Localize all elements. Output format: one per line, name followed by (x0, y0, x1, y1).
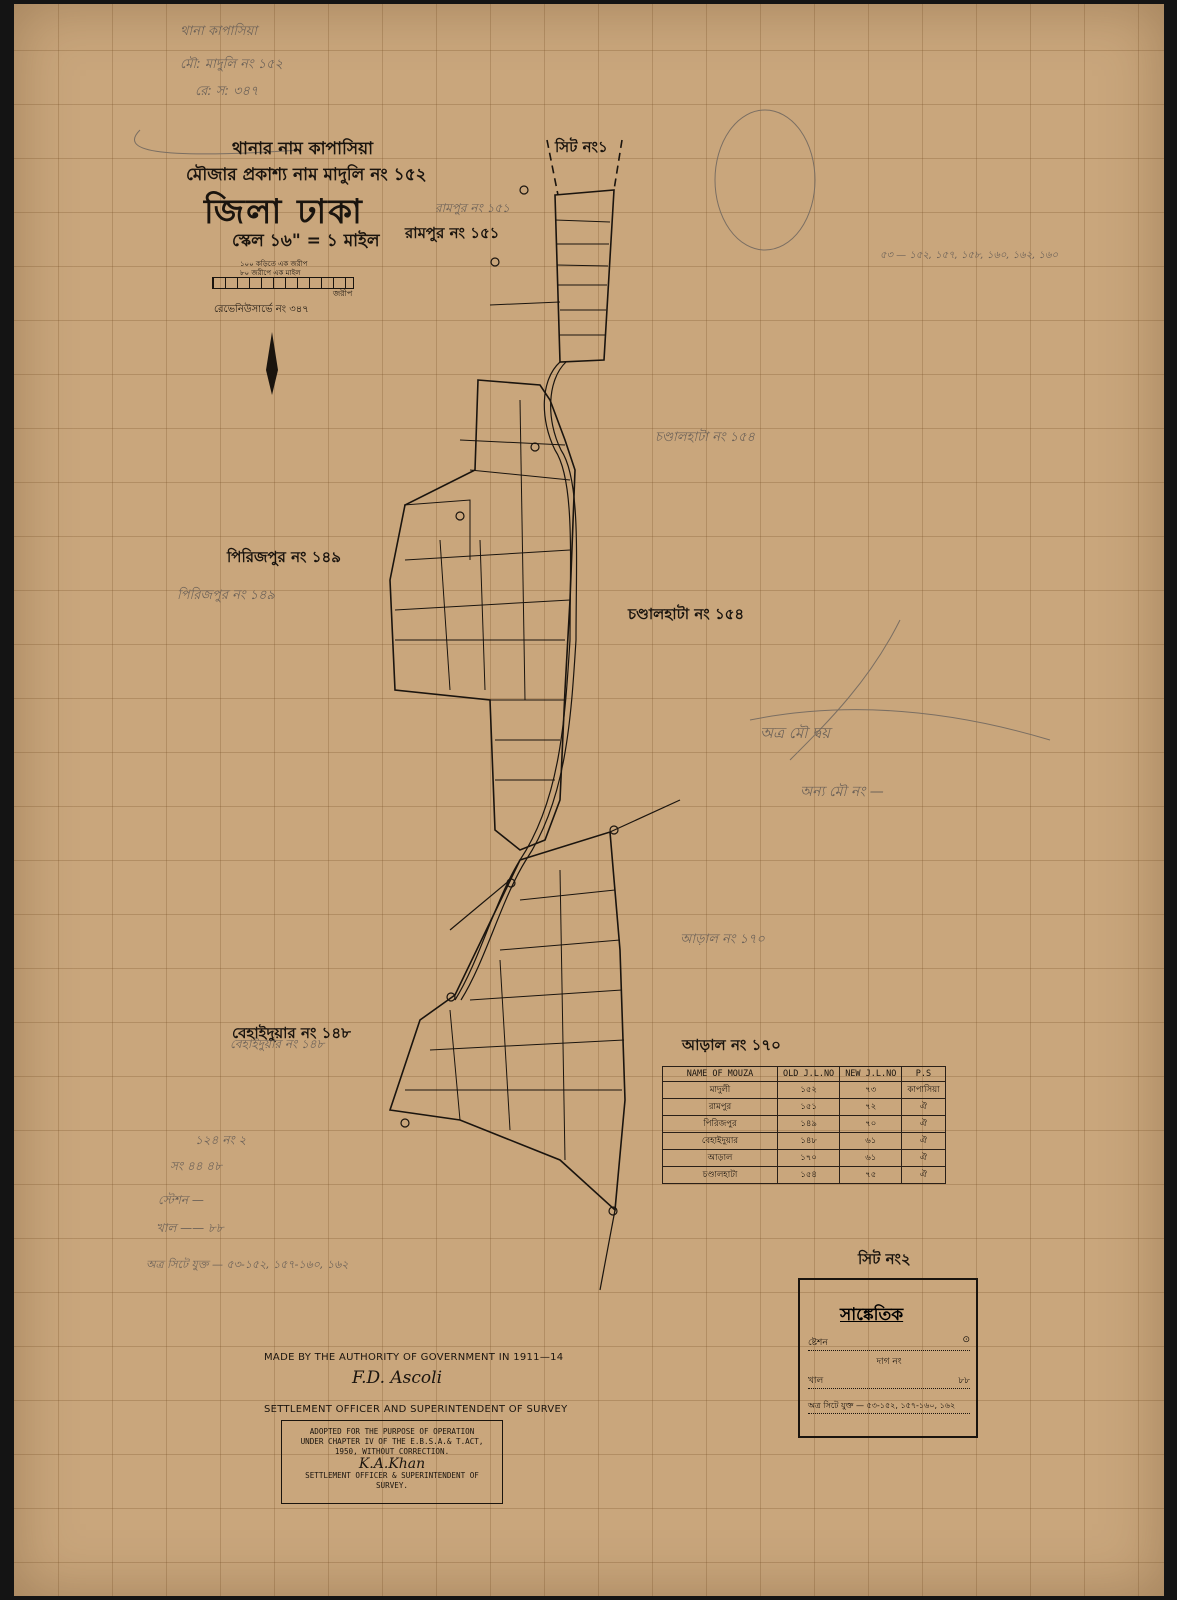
pencil-note-chandalhata: চণ্ডালহাটা নং ১৫৪ (655, 428, 755, 449)
table-cell: ৬১ (840, 1133, 902, 1150)
mouza-boundary-map (0, 0, 1177, 1600)
pencil-note-behaiduar: বেহাইদুয়ার নং ১৪৮ (230, 1036, 324, 1056)
neighbour-mouza-pirijpur: পিরিজপুর নং ১৪৯ (227, 546, 341, 571)
column-header: P.S (902, 1067, 945, 1082)
sheet-2-label: সিট নং২ (858, 1248, 911, 1273)
adoption-stamp: ADOPTED FOR THE PURPOSE OF OPERATION UND… (281, 1420, 503, 1504)
table-row: মাদুলী১৫২৭৩কাপাসিয়া (663, 1082, 946, 1099)
revenue-survey-number: রেভেনিউসার্ভে নং ৩৪৭ (214, 302, 309, 319)
neighbour-mouza-aral: আড়াল নং ১৭০ (682, 1034, 781, 1059)
table-cell: ১৪৮ (778, 1133, 840, 1150)
table-cell: ১৫২ (778, 1082, 840, 1099)
pencil-note-lower-3: স্টেশন — (158, 1192, 204, 1212)
legend-sheet-plots: অত্র সিটে যুক্ত — ৫৩-১৫২, ১৫৭-১৬০, ১৬২ (808, 1400, 970, 1414)
map-scale: স্কেল ১৬" = ১ মাইল (232, 228, 380, 256)
table-cell: রামপুর (663, 1099, 778, 1116)
adoption-officer-line-1: SETTLEMENT OFFICER & SUPERINTENDENT OF (282, 1471, 502, 1481)
table-cell: ৭২ (840, 1099, 902, 1116)
pencil-note-rs: রে: স: ৩৪৭ (195, 82, 258, 103)
neighbour-mouza-chandalhata: চণ্ডালহাটা নং ১৫৪ (628, 603, 744, 628)
thana-name: থানার নাম কাপাসিয়া (232, 136, 373, 164)
scale-unit: জরীপ (333, 288, 352, 301)
officer-signature-2: K.A.Khan (282, 1459, 502, 1469)
officer-signature-1: F.D. Ascoli (352, 1368, 442, 1388)
table-row: রামপুর১৫১৭২ঐ (663, 1099, 946, 1116)
adoption-line-2: UNDER CHAPTER IV OF THE E.B.S.A.& T.ACT, (282, 1437, 502, 1447)
legend-khal-number: ৮৮ (958, 1373, 970, 1388)
pencil-note-aral: আড়াল নং ১৭০ (680, 930, 765, 951)
table-cell: বেহাইদুয়ার (663, 1133, 778, 1150)
pencil-note-mouza: মৌ: মাদুলি নং ১৫২ (180, 55, 283, 76)
pencil-note-lower-4: খাল —— ৮৮ (156, 1220, 224, 1240)
table-row: বেহাইদুয়ার১৪৮৬১ঐ (663, 1133, 946, 1150)
table-cell: আড়াল (663, 1150, 778, 1167)
table-cell: ঐ (902, 1133, 945, 1150)
station-symbol-icon: ⊙ (962, 1335, 970, 1345)
legend-dag: দাগ নং (808, 1354, 970, 1369)
table-cell: পিরিজপুর (663, 1116, 778, 1133)
adoption-line-1: ADOPTED FOR THE PURPOSE OF OPERATION (282, 1427, 502, 1437)
table-row: পিরিজপুর১৪৯৭০ঐ (663, 1116, 946, 1133)
column-header: OLD J.L.NO (778, 1067, 840, 1082)
table-row: চণ্ডালহাটা১৫৪৭৫ঐ (663, 1167, 946, 1184)
authority-statement: MADE BY THE AUTHORITY OF GOVERNMENT IN 1… (264, 1352, 563, 1363)
table-cell: ঐ (902, 1150, 945, 1167)
table-cell: কাপাসিয়া (902, 1082, 945, 1099)
legend-box: সাঙ্কেতিক ষ্টেশন⊙ দাগ নং খাল৮৮ অত্র সিটে… (798, 1278, 978, 1438)
pencil-note-right-top: ৫৩ — ১৫২, ১৫৭, ১৫৮, ১৬০, ১৬২, ১৬০ (880, 248, 1058, 265)
legend-station: ষ্টেশন⊙ (808, 1335, 970, 1351)
officer-title: SETTLEMENT OFFICER AND SUPERINTENDENT OF… (264, 1404, 568, 1415)
table-cell: মাদুলী (663, 1082, 778, 1099)
table-cell: ৭৫ (840, 1167, 902, 1184)
legend-title: সাঙ্কেতিক (840, 1302, 903, 1330)
table-cell: ঐ (902, 1167, 945, 1184)
table-cell: ৬১ (840, 1150, 902, 1167)
table-cell: ঐ (902, 1099, 945, 1116)
table-cell: ১৫১ (778, 1099, 840, 1116)
table-row: আড়াল১৭০৬১ঐ (663, 1150, 946, 1167)
table-cell: ঐ (902, 1116, 945, 1133)
mouza-jl-table: NAME OF MOUZA OLD J.L.NO NEW J.L.NO P.S … (662, 1066, 946, 1184)
pencil-note-thana: থানা কাপাসিয়া (180, 22, 257, 43)
table-cell: ৭০ (840, 1116, 902, 1133)
sheet-1-label: সিট নং১ (555, 136, 608, 161)
table-cell: ১৪৯ (778, 1116, 840, 1133)
table-cell: ৭৩ (840, 1082, 902, 1099)
pencil-note-rampur: রামপুর নং ১৫১ (435, 200, 510, 220)
pencil-note-right-2: অন্য মৌ নং — (800, 780, 884, 804)
pencil-note-right-1: অত্র মৌ দ্বয় (760, 722, 830, 747)
pencil-note-lower-1: ১২৪ নং ২ (195, 1132, 246, 1152)
table-cell: ১৭০ (778, 1150, 840, 1167)
pencil-note-lower-2: সং ৪৪ ৪৮ (170, 1158, 222, 1178)
column-header: NAME OF MOUZA (663, 1067, 778, 1082)
adoption-officer-line-2: SURVEY. (282, 1481, 502, 1491)
legend-station-label: ষ্টেশন (808, 1338, 828, 1348)
table-cell: ১৫৪ (778, 1167, 840, 1184)
legend-khal-label: খাল (808, 1376, 823, 1386)
pencil-note-pirijpur: পিরিজপুর নং ১৪৯ (177, 586, 275, 607)
legend-khal: খাল৮৮ (808, 1373, 970, 1389)
table-header-row: NAME OF MOUZA OLD J.L.NO NEW J.L.NO P.S (663, 1067, 946, 1082)
column-header: NEW J.L.NO (840, 1067, 902, 1082)
neighbour-mouza-rampur: রামপুর নং ১৫১ (405, 222, 499, 247)
pencil-note-lower-5: অত্র সিটে যুক্ত — ৫৩-১৫২, ১৫৭-১৬০, ১৬২ (146, 1256, 348, 1275)
table-cell: চণ্ডালহাটা (663, 1167, 778, 1184)
